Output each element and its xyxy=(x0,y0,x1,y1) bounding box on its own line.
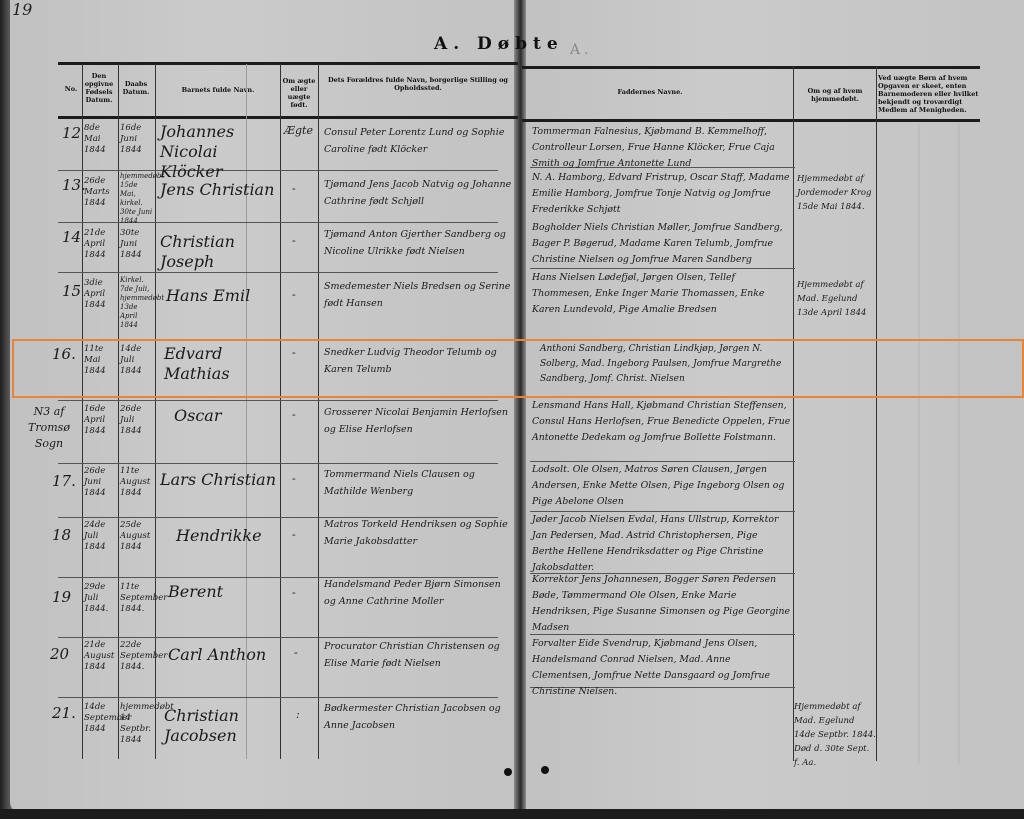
col-header-birth-date: Den opgivne Fødsels Datum. xyxy=(82,72,116,104)
entry-no: N3 af Tromsø Sogn xyxy=(16,404,82,452)
birth-date: 8de Mai 1844 xyxy=(84,123,118,156)
birth-date: 26de Marts 1844 xyxy=(84,176,118,209)
entry-no: 21. xyxy=(52,704,76,722)
sponsors: Bogholder Niels Christian Møller, Jomfru… xyxy=(532,220,792,268)
legitimacy: - xyxy=(292,288,296,301)
bleed-through-grid xyxy=(880,124,1024,764)
legitimacy: - xyxy=(292,182,296,195)
book-bottom-edge xyxy=(0,809,1024,819)
child-name: Hans Emil xyxy=(166,286,276,306)
child-name: Lars Christian xyxy=(160,470,280,490)
legitimacy: : xyxy=(296,708,300,721)
page-number: 19 xyxy=(12,0,32,19)
child-name: Johannes Nicolai Klöcker xyxy=(160,122,280,182)
parents: Smedemester Niels Bredsen og Serine født… xyxy=(324,278,514,312)
ledger-spread: 19 A. Døbte A. No. Den opgivne Fødsels D… xyxy=(0,0,1024,819)
header-top-rule-left xyxy=(58,62,518,65)
birth-date: 21de April 1844 xyxy=(84,228,118,261)
baptism-date: 11te September 1844. xyxy=(120,582,154,615)
entry-no: 20 xyxy=(50,645,69,663)
birth-date: 14de September 1844 xyxy=(84,702,118,735)
birth-date: 11te Mai 1844 xyxy=(84,344,118,377)
row-divider xyxy=(58,400,498,401)
child-name: Hendrikke xyxy=(176,526,276,546)
book-spine xyxy=(514,0,526,819)
legitimacy: - xyxy=(292,408,296,421)
col-header-no: No. xyxy=(60,85,82,93)
entry-no: 14 xyxy=(62,228,81,246)
baptism-date: 26de Juli 1844 xyxy=(120,404,154,437)
sponsors: Hans Nielsen Lødefjøl, Jørgen Olsen, Tel… xyxy=(532,270,792,318)
entry-no: 12 xyxy=(62,124,81,142)
sponsors: Jøder Jacob Nielsen Evdal, Hans Ullstrup… xyxy=(532,512,792,576)
child-name: Carl Anthon xyxy=(168,645,278,665)
ink-blot xyxy=(541,766,549,774)
baptism-date: Kirkel. 7de Juli, hjemmedøbt 13de April … xyxy=(120,276,154,330)
sponsors: Lodsolt. Ole Olsen, Matros Søren Clausen… xyxy=(532,462,792,510)
col-header-illegitimate-note: Ved uægte Børn af hvem Opgaven er skeet,… xyxy=(878,74,980,114)
section-title: A. Døbte xyxy=(434,34,564,54)
section-title-bleed: A. xyxy=(570,42,593,58)
child-name: Christian Joseph xyxy=(160,232,280,272)
col-divider xyxy=(118,64,119,759)
baptism-date: 14de Juli 1844 xyxy=(120,344,154,377)
entry-no: 18 xyxy=(52,526,71,544)
col-divider xyxy=(793,66,794,761)
child-name: Oscar xyxy=(174,406,274,426)
entry-no: 19 xyxy=(52,588,71,606)
home-baptized: Hjemmedøbt af Mad. Egelund 13de April 18… xyxy=(797,278,875,320)
parents: Tjømand Anton Gjerther Sandberg og Nicol… xyxy=(324,226,514,260)
baptism-date: 11te August 1844 xyxy=(120,466,154,499)
birth-date: 24de Juli 1844 xyxy=(84,520,118,553)
parents: Bødkermester Christian Jacobsen og Anne … xyxy=(324,700,514,734)
col-header-legitimacy: Om ægte eller uægte født. xyxy=(281,77,317,109)
legitimacy: - xyxy=(292,346,296,359)
baptism-date: 22de September 1844. xyxy=(120,640,154,673)
col-divider xyxy=(82,64,83,759)
legitimacy: - xyxy=(292,234,296,247)
parents: Snedker Ludvig Theodor Telumb og Karen T… xyxy=(324,344,514,378)
header-bottom-rule-left xyxy=(58,116,518,119)
legitimacy: Ægte xyxy=(284,124,313,137)
sponsors: N. A. Hamborg, Edvard Fristrup, Oscar St… xyxy=(532,170,792,218)
baptism-date: hjemmedøbt 14 Septbr. 1844 xyxy=(120,702,154,746)
sponsors: Tommerman Falnesius, Kjøbmand B. Kemmelh… xyxy=(532,124,792,172)
parents: Consul Peter Lorentz Lund og Sophie Caro… xyxy=(324,124,514,158)
col-header-home-baptized: Om og af hvem hjemmedøbt. xyxy=(795,87,875,103)
child-name: Christian Jacobsen xyxy=(164,706,280,746)
row-divider xyxy=(58,272,498,273)
parents: Procurator Christian Christensen og Elis… xyxy=(324,638,514,672)
birth-date: 3die April 1844 xyxy=(84,278,118,311)
baptism-date: hjemmedøbt 15de Mai, kirkel. 30te Juni 1… xyxy=(120,172,154,226)
col-divider xyxy=(876,66,877,761)
row-divider xyxy=(530,268,795,269)
col-header-child-name: Barnets fulde Navn. xyxy=(158,86,278,94)
home-baptized: Hjemmedøbt af Jordemoder Krog 15de Mai 1… xyxy=(797,172,875,214)
parents: Grosserer Nicolai Benjamin Herlofsen og … xyxy=(324,404,514,438)
sponsors: Korrektor Jens Johannesen, Bogger Søren … xyxy=(532,572,792,636)
parents: Tommermand Niels Clausen og Mathilde Wen… xyxy=(324,466,514,500)
legitimacy: - xyxy=(292,586,296,599)
entry-no: 15 xyxy=(62,282,81,300)
col-header-baptism-date: Daabs Datum. xyxy=(119,80,153,96)
parents: Handelsmand Peder Bjørn Simonsen og Anne… xyxy=(324,576,514,610)
row-divider xyxy=(58,697,498,698)
legitimacy: - xyxy=(294,646,298,659)
birth-date: 16de April 1844 xyxy=(84,404,118,437)
birth-date: 29de Juli 1844. xyxy=(84,582,118,615)
row-divider xyxy=(58,463,498,464)
legitimacy: - xyxy=(292,528,296,541)
home-baptized: Hjemmedøbt af Mad. Egelund 14de Septbr. … xyxy=(794,700,876,770)
birth-date: 26de Juni 1844 xyxy=(84,466,118,499)
birth-date: 21de August 1844 xyxy=(84,640,118,673)
ink-blot xyxy=(504,768,512,776)
col-divider xyxy=(318,64,319,759)
parents: Matros Torkeld Hendriksen og Sophie Mari… xyxy=(324,516,514,550)
baptism-date: 16de Juni 1844 xyxy=(120,123,154,156)
entry-no: 13. xyxy=(62,176,86,194)
col-header-parents: Dets Forældres fulde Navn, borgerlige St… xyxy=(320,76,516,92)
baptism-date: 25de August 1844 xyxy=(120,520,154,553)
sponsors: Forvalter Eide Svendrup, Kjøbmand Jens O… xyxy=(532,636,792,700)
child-name: Edvard Mathias xyxy=(164,344,274,384)
sponsors: Anthoni Sandberg, Christian Lindkjøp, Jø… xyxy=(540,342,792,387)
baptism-date: 30te Juni 1844 xyxy=(120,228,154,261)
header-top-rule-right xyxy=(522,66,980,69)
parents: Tjømand Jens Jacob Natvig og Johanne Cat… xyxy=(324,176,514,210)
entry-no: 17. xyxy=(52,472,76,490)
sponsors: Lensmand Hans Hall, Kjøbmand Christian S… xyxy=(532,398,792,446)
child-name: Jens Christian xyxy=(160,180,280,200)
col-divider xyxy=(280,64,281,759)
col-header-sponsors: Faddernes Navne. xyxy=(560,88,740,96)
child-name: Berent xyxy=(168,582,268,602)
entry-no: 16. xyxy=(52,345,76,363)
legitimacy: - xyxy=(292,472,296,485)
header-bottom-rule-right xyxy=(522,119,980,122)
